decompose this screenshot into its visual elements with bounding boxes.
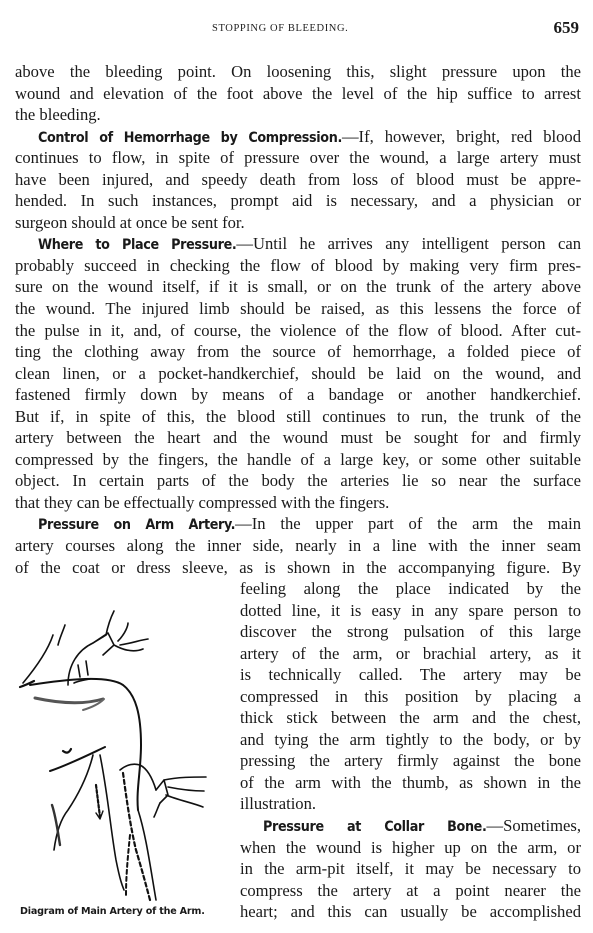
text-line: discover the strong pulsation of this la…: [240, 621, 581, 643]
text-line: object. In certain parts of the body the…: [15, 470, 581, 492]
section-heading-collar-bone: Pressure at Collar Bone.: [263, 819, 487, 835]
text-line: of the arm with the thumb, as shown in t…: [240, 772, 581, 794]
text-line: the wound. The injured limb should be ra…: [15, 298, 581, 320]
running-title: STOPPING OF BLEEDING.: [212, 23, 348, 34]
text-run: —In the upper part of the arm the main: [235, 514, 581, 533]
text-line: the pulse in it, and, of course, the vio…: [15, 320, 581, 342]
wrapped-text-column: feeling along the place indicated by the…: [240, 578, 581, 923]
figure-caption: Diagram of Main Artery of the Arm.: [20, 906, 205, 917]
paragraph-first-line: Control of Hemorrhage by Compression.—If…: [15, 126, 581, 148]
text-line: heart; and this can usually be accomplis…: [240, 901, 581, 923]
text-line: artery courses along the inner side, nea…: [15, 535, 581, 557]
text-line: thick stick between the arm and the ches…: [240, 707, 581, 729]
text-line: compressed in this position by placing a: [240, 686, 581, 708]
text-line: in the arm-pit itself, it may be necessa…: [240, 858, 581, 880]
paragraph-first-line: Pressure at Collar Bone.—Sometimes,: [240, 815, 581, 837]
text-line: compress the artery at a point nearer th…: [240, 880, 581, 902]
text-line: dotted line, it is easy in any spare per…: [240, 600, 581, 622]
text-line: when the wound is higher up on the arm, …: [240, 837, 581, 859]
text-line: hended. In such instances, prompt aid is…: [15, 190, 581, 212]
running-head: STOPPING OF BLEEDING. 659: [0, 17, 593, 37]
text-line: artery of the arm, or brachial artery, a…: [240, 643, 581, 665]
text-line: surgeon should at once be sent for.: [15, 212, 581, 234]
section-heading-where-to-place-pressure: Where to Place Pressure.: [38, 237, 236, 253]
text-line: that they can be effectually compressed …: [15, 492, 581, 514]
paragraph-first-line: Pressure on Arm Artery.—In the upper par…: [15, 513, 581, 535]
text-line: compressed by the fingers, the handle of…: [15, 449, 581, 471]
section-heading-arm-artery: Pressure on Arm Artery.: [38, 517, 235, 533]
text-line: and tying the arm tightly to the body, o…: [240, 729, 581, 751]
text-line: feeling along the place indicated by the: [240, 578, 581, 600]
text-line: wound and elevation of the foot above th…: [15, 83, 581, 105]
text-line: illustration.: [240, 793, 581, 815]
text-run: —Sometimes,: [487, 816, 582, 835]
text-line: is technically called. The artery may be: [240, 664, 581, 686]
text-line: sure on the wound itself, if it is small…: [15, 276, 581, 298]
text-line: the bleeding.: [15, 104, 581, 126]
text-line: But if, in spite of this, the blood stil…: [15, 406, 581, 428]
text-run: —If, however, bright, red blood: [342, 127, 581, 146]
text-line: pressing the artery firmly against the b…: [240, 750, 581, 772]
section-heading-hemorrhage-compression: Control of Hemorrhage by Compression.: [38, 130, 342, 146]
paragraph-first-line: Where to Place Pressure.—Until he arrive…: [15, 233, 581, 255]
text-run: —Until he arrives any intelligent person…: [236, 234, 581, 253]
text-line: clean linen, or a pocket-handkerchief, s…: [15, 363, 581, 385]
arm-artery-drawing: [8, 595, 236, 905]
body-text: above the bleeding point. On loosening t…: [15, 61, 581, 578]
book-page: STOPPING OF BLEEDING. 659 above the blee…: [0, 0, 593, 933]
arm-artery-illustration: [8, 595, 236, 933]
page-number: 659: [554, 18, 580, 38]
text-line: have been injured, and speedy death from…: [15, 169, 581, 191]
text-line: ting the clothing away from the source o…: [15, 341, 581, 363]
text-line: fastened firmly down by means of a banda…: [15, 384, 581, 406]
text-line: above the bleeding point. On loosening t…: [15, 61, 581, 83]
text-line: continues to flow, in spite of pressure …: [15, 147, 581, 169]
text-line: artery between the heart and the wound m…: [15, 427, 581, 449]
text-line: of the coat or dress sleeve, as is shown…: [15, 557, 581, 579]
text-line: probably succeed in checking the flow of…: [15, 255, 581, 277]
